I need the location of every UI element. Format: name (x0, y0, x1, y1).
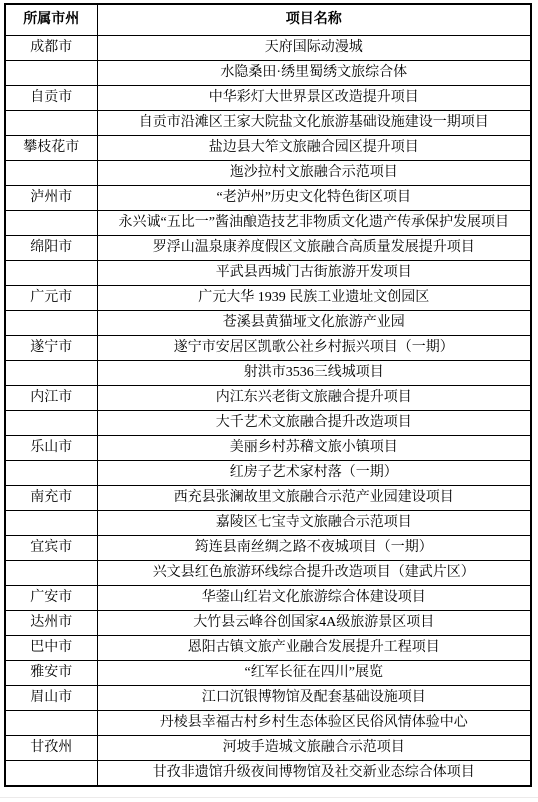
project-cell: 甘孜非遗馆升级夜间博物馆及社交新业态综合体项目 (97, 761, 531, 787)
city-cell (5, 461, 97, 486)
table-row: 广安市华蓥山红岩文化旅游综合体建设项目 (5, 586, 531, 611)
city-cell: 甘孜州 (5, 736, 97, 761)
table-row: 雅安市“红军长征在四川”展览 (5, 661, 531, 686)
table-row: 甘孜非遗馆升级夜间博物馆及社交新业态综合体项目 (5, 761, 531, 787)
project-cell: “老泸州”历史文化特色街区项目 (97, 186, 531, 211)
table-row: 成都市天府国际动漫城 (5, 36, 531, 61)
project-cell: 恩阳古镇文旅产业融合发展提升工程项目 (97, 636, 531, 661)
project-table: 所属市州 项目名称 成都市天府国际动漫城水隐桑田·绣里蜀绣文旅综合体自贡市中华彩… (4, 3, 532, 787)
city-cell: 达州市 (5, 611, 97, 636)
table-row: 嘉陵区七宝寺文旅融合示范项目 (5, 511, 531, 536)
project-cell: 江口沉银博物馆及配套基础设施项目 (97, 686, 531, 711)
city-cell (5, 311, 97, 336)
project-cell: 筠连县南丝绸之路不夜城项目（一期） (97, 536, 531, 561)
table-header: 所属市州 项目名称 (5, 4, 531, 36)
project-cell: 内江东兴老街文旅融合提升项目 (97, 386, 531, 411)
city-cell: 宜宾市 (5, 536, 97, 561)
project-cell: 天府国际动漫城 (97, 36, 531, 61)
project-cell: 射洪市3536三线城项目 (97, 361, 531, 386)
table-row: 平武县西城门古街旅游开发项目 (5, 261, 531, 286)
table-row: 水隐桑田·绣里蜀绣文旅综合体 (5, 61, 531, 86)
project-cell: 大千艺术文旅融合提升改造项目 (97, 411, 531, 436)
project-cell: 大竹县云峰谷创国家4A级旅游景区项目 (97, 611, 531, 636)
city-cell (5, 61, 97, 86)
table-row: 南充市西充县张澜故里文旅融合示范产业园建设项目 (5, 486, 531, 511)
project-cell: 水隐桑田·绣里蜀绣文旅综合体 (97, 61, 531, 86)
project-cell: 华蓥山红岩文化旅游综合体建设项目 (97, 586, 531, 611)
column-header-city: 所属市州 (5, 4, 97, 36)
table-row: 巴中市恩阳古镇文旅产业融合发展提升工程项目 (5, 636, 531, 661)
table-body: 成都市天府国际动漫城水隐桑田·绣里蜀绣文旅综合体自贡市中华彩灯大世界景区改造提升… (5, 36, 531, 787)
city-cell: 广安市 (5, 586, 97, 611)
table-row: 自贡市沿滩区王家大院盐文化旅游基础设施建设一期项目 (5, 111, 531, 136)
project-cell: 遂宁市安居区凯歌公社乡村振兴项目（一期） (97, 336, 531, 361)
table-row: 兴文县红色旅游环线综合提升改造项目（建武片区） (5, 561, 531, 586)
table-row: 甘孜州河坡手造城文旅融合示范项目 (5, 736, 531, 761)
project-cell: 河坡手造城文旅融合示范项目 (97, 736, 531, 761)
table-row: 永兴诚“五比一”酱油酿造技艺非物质文化遗产传承保护发展项目 (5, 211, 531, 236)
city-cell (5, 261, 97, 286)
project-cell: 永兴诚“五比一”酱油酿造技艺非物质文化遗产传承保护发展项目 (97, 211, 531, 236)
table-row: 泸州市“老泸州”历史文化特色街区项目 (5, 186, 531, 211)
table-row: 宜宾市筠连县南丝绸之路不夜城项目（一期） (5, 536, 531, 561)
city-cell: 眉山市 (5, 686, 97, 711)
city-cell: 乐山市 (5, 436, 97, 461)
city-cell: 自贡市 (5, 86, 97, 111)
project-cell: 丹棱县幸福古村乡村生态体验区民俗风情体验中心 (97, 711, 531, 736)
table-row: 眉山市江口沉银博物馆及配套基础设施项目 (5, 686, 531, 711)
city-cell (5, 411, 97, 436)
project-cell: “红军长征在四川”展览 (97, 661, 531, 686)
table-row: 自贡市中华彩灯大世界景区改造提升项目 (5, 86, 531, 111)
table-row: 内江市内江东兴老街文旅融合提升项目 (5, 386, 531, 411)
city-cell: 广元市 (5, 286, 97, 311)
project-cell: 苍溪县黄猫垭文化旅游产业园 (97, 311, 531, 336)
project-cell: 平武县西城门古街旅游开发项目 (97, 261, 531, 286)
header-row: 所属市州 项目名称 (5, 4, 531, 36)
city-cell: 遂宁市 (5, 336, 97, 361)
city-cell: 雅安市 (5, 661, 97, 686)
table-row: 绵阳市罗浮山温泉康养度假区文旅融合高质量发展提升项目 (5, 236, 531, 261)
city-cell (5, 211, 97, 236)
project-cell: 红房子艺术家村落（一期） (97, 461, 531, 486)
city-cell (5, 111, 97, 136)
city-cell (5, 511, 97, 536)
city-cell: 攀枝花市 (5, 136, 97, 161)
city-cell (5, 561, 97, 586)
city-cell: 成都市 (5, 36, 97, 61)
city-cell (5, 711, 97, 736)
table-row: 红房子艺术家村落（一期） (5, 461, 531, 486)
project-cell: 西充县张澜故里文旅融合示范产业园建设项目 (97, 486, 531, 511)
table-row: 攀枝花市盐边县大笮文旅融合园区提升项目 (5, 136, 531, 161)
city-cell (5, 161, 97, 186)
project-cell: 迤沙拉村文旅融合示范项目 (97, 161, 531, 186)
city-cell: 泸州市 (5, 186, 97, 211)
city-cell (5, 761, 97, 787)
city-cell: 南充市 (5, 486, 97, 511)
page-edge-divider (0, 797, 538, 798)
table-row: 广元市广元大华 1939 民族工业遗址文创园区 (5, 286, 531, 311)
table-row: 苍溪县黄猫垭文化旅游产业园 (5, 311, 531, 336)
city-cell (5, 361, 97, 386)
table-row: 遂宁市遂宁市安居区凯歌公社乡村振兴项目（一期） (5, 336, 531, 361)
project-cell: 盐边县大笮文旅融合园区提升项目 (97, 136, 531, 161)
table-row: 达州市大竹县云峰谷创国家4A级旅游景区项目 (5, 611, 531, 636)
project-cell: 罗浮山温泉康养度假区文旅融合高质量发展提升项目 (97, 236, 531, 261)
table-row: 大千艺术文旅融合提升改造项目 (5, 411, 531, 436)
project-cell: 美丽乡村苏稽文旅小镇项目 (97, 436, 531, 461)
table-row: 迤沙拉村文旅融合示范项目 (5, 161, 531, 186)
project-cell: 中华彩灯大世界景区改造提升项目 (97, 86, 531, 111)
city-cell: 内江市 (5, 386, 97, 411)
project-cell: 广元大华 1939 民族工业遗址文创园区 (97, 286, 531, 311)
table-row: 丹棱县幸福古村乡村生态体验区民俗风情体验中心 (5, 711, 531, 736)
project-cell: 自贡市沿滩区王家大院盐文化旅游基础设施建设一期项目 (97, 111, 531, 136)
project-cell: 兴文县红色旅游环线综合提升改造项目（建武片区） (97, 561, 531, 586)
column-header-project: 项目名称 (97, 4, 531, 36)
table-row: 射洪市3536三线城项目 (5, 361, 531, 386)
table-row: 乐山市美丽乡村苏稽文旅小镇项目 (5, 436, 531, 461)
project-cell: 嘉陵区七宝寺文旅融合示范项目 (97, 511, 531, 536)
city-cell: 绵阳市 (5, 236, 97, 261)
city-cell: 巴中市 (5, 636, 97, 661)
